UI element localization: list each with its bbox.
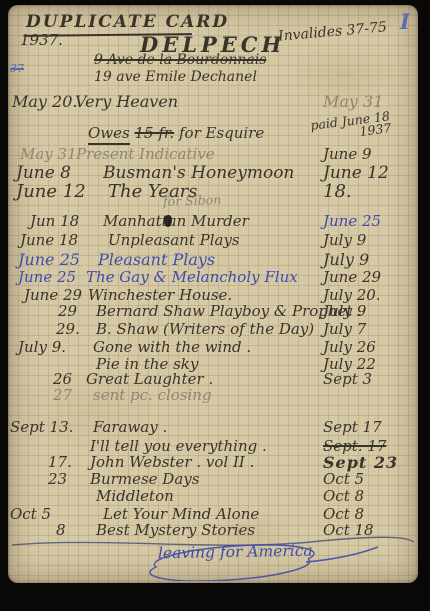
ledger-row: Sept 13.Faraway .Sept 17 <box>8 418 418 438</box>
owes-amount: 15 fr. <box>135 124 175 142</box>
ledger-row: June 18Unpleasant PlaysJuly 9 <box>8 231 418 251</box>
borrow-date: 29 <box>58 302 77 320</box>
year-label: 1937. <box>20 31 63 49</box>
book-title: Middleton <box>96 487 174 505</box>
return-date: July 9 <box>323 250 415 269</box>
owes-purpose: for Esquire <box>179 124 264 142</box>
book-title: John Webster . vol II . <box>90 453 254 471</box>
borrow-date: 29. <box>56 320 80 338</box>
ledger-row: May 20.Very HeavenMay 31 <box>8 92 418 112</box>
return-date: June 29 <box>323 268 415 286</box>
return-date: 18. <box>323 181 415 202</box>
borrow-date: 17. <box>48 453 72 471</box>
book-title: Present Indicative <box>76 145 215 163</box>
return-date: July 26 <box>323 338 415 356</box>
return-date: July 7 <box>323 320 415 338</box>
ledger-row: 27sent pc. closing <box>8 386 418 406</box>
book-title: Very Heaven <box>75 92 178 111</box>
borrow-date: May 20. <box>12 92 78 111</box>
borrow-date: June 25 <box>18 268 76 286</box>
book-title: The Years <box>108 181 198 202</box>
borrow-date: May 31 <box>20 145 77 163</box>
return-date: Sept 17 <box>323 418 415 436</box>
page-number: I <box>400 9 410 34</box>
return-date: Oct 5 <box>323 470 415 488</box>
return-date: May 31 <box>323 92 415 111</box>
ledger-row: 29.B. Shaw (Writers of the Day)July 7 <box>8 320 418 340</box>
book-title: Unpleasant Plays <box>108 231 240 249</box>
book-title: The Gay & Melancholy Flux <box>86 268 298 286</box>
new-address: 19 ave Emile Dechanel <box>94 69 257 85</box>
borrow-date: 23 <box>48 470 67 488</box>
old-address: 9 Ave de la Bourdonnais <box>94 52 266 68</box>
ledger-row: June 12The Years18. <box>8 181 418 201</box>
margin-mark: 37 <box>10 62 24 75</box>
return-date: June 9 <box>323 145 415 163</box>
book-title: sent pc. closing <box>93 386 212 404</box>
ledger-row: June 25The Gay & Melancholy FluxJune 29 <box>8 268 418 288</box>
borrow-date: June 12 <box>16 181 86 202</box>
borrow-date: June 25 <box>18 250 80 269</box>
return-date: July 9 <box>323 302 415 320</box>
book-title: Burmese Days <box>90 470 199 488</box>
paid-note-line2: 1937 <box>359 122 392 138</box>
borrow-date: 27 <box>53 386 72 404</box>
book-title: Pleasant Plays <box>98 250 215 269</box>
borrow-date: June 18 <box>20 231 78 249</box>
borrow-date: Sept 13. <box>10 418 73 436</box>
book-title: Busman's Honeymoon <box>103 163 294 183</box>
photo-background: Duplicate Card I DELPECH Invalides 37-75… <box>0 0 430 611</box>
borrow-date: July 9. <box>18 338 66 356</box>
return-date: Oct 8 <box>323 487 415 505</box>
paid-note: paid June 18 1937 <box>310 110 392 144</box>
owes-note: Owes 15 fr. for Esquire <box>88 124 264 142</box>
library-card: Duplicate Card I DELPECH Invalides 37-75… <box>8 5 418 583</box>
ledger-row: Jun 18Manhattan MurderJune 25 <box>8 212 418 232</box>
ledger-row: MiddletonOct 8 <box>8 487 418 507</box>
book-title: Faraway . <box>93 418 167 436</box>
footer-note: leaving for America <box>158 542 313 563</box>
ledger-row: 29Bernard Shaw Playboy & Prophet .July 9 <box>8 302 418 322</box>
borrow-date: June 8 <box>16 163 71 183</box>
owes-label: Owes <box>88 124 130 145</box>
book-title: Gone with the wind . <box>93 338 251 356</box>
book-title: B. Shaw (Writers of the Day) <box>96 320 314 338</box>
phone-number: Invalides 37-75 <box>278 19 388 44</box>
ledger-row: June 8Busman's HoneymoonJune 12 <box>8 163 418 183</box>
card-type-heading: Duplicate Card <box>26 12 229 32</box>
borrow-date: Jun 18 <box>30 212 79 230</box>
return-date: June 12 <box>323 163 415 183</box>
book-title: Manhattan Murder <box>103 212 249 230</box>
return-date: July 9 <box>323 231 415 249</box>
ledger-row: June 25Pleasant PlaysJuly 9 <box>8 250 418 270</box>
ledger-row: May 31Present IndicativeJune 9 <box>8 145 418 165</box>
return-date: June 25 <box>323 212 415 230</box>
